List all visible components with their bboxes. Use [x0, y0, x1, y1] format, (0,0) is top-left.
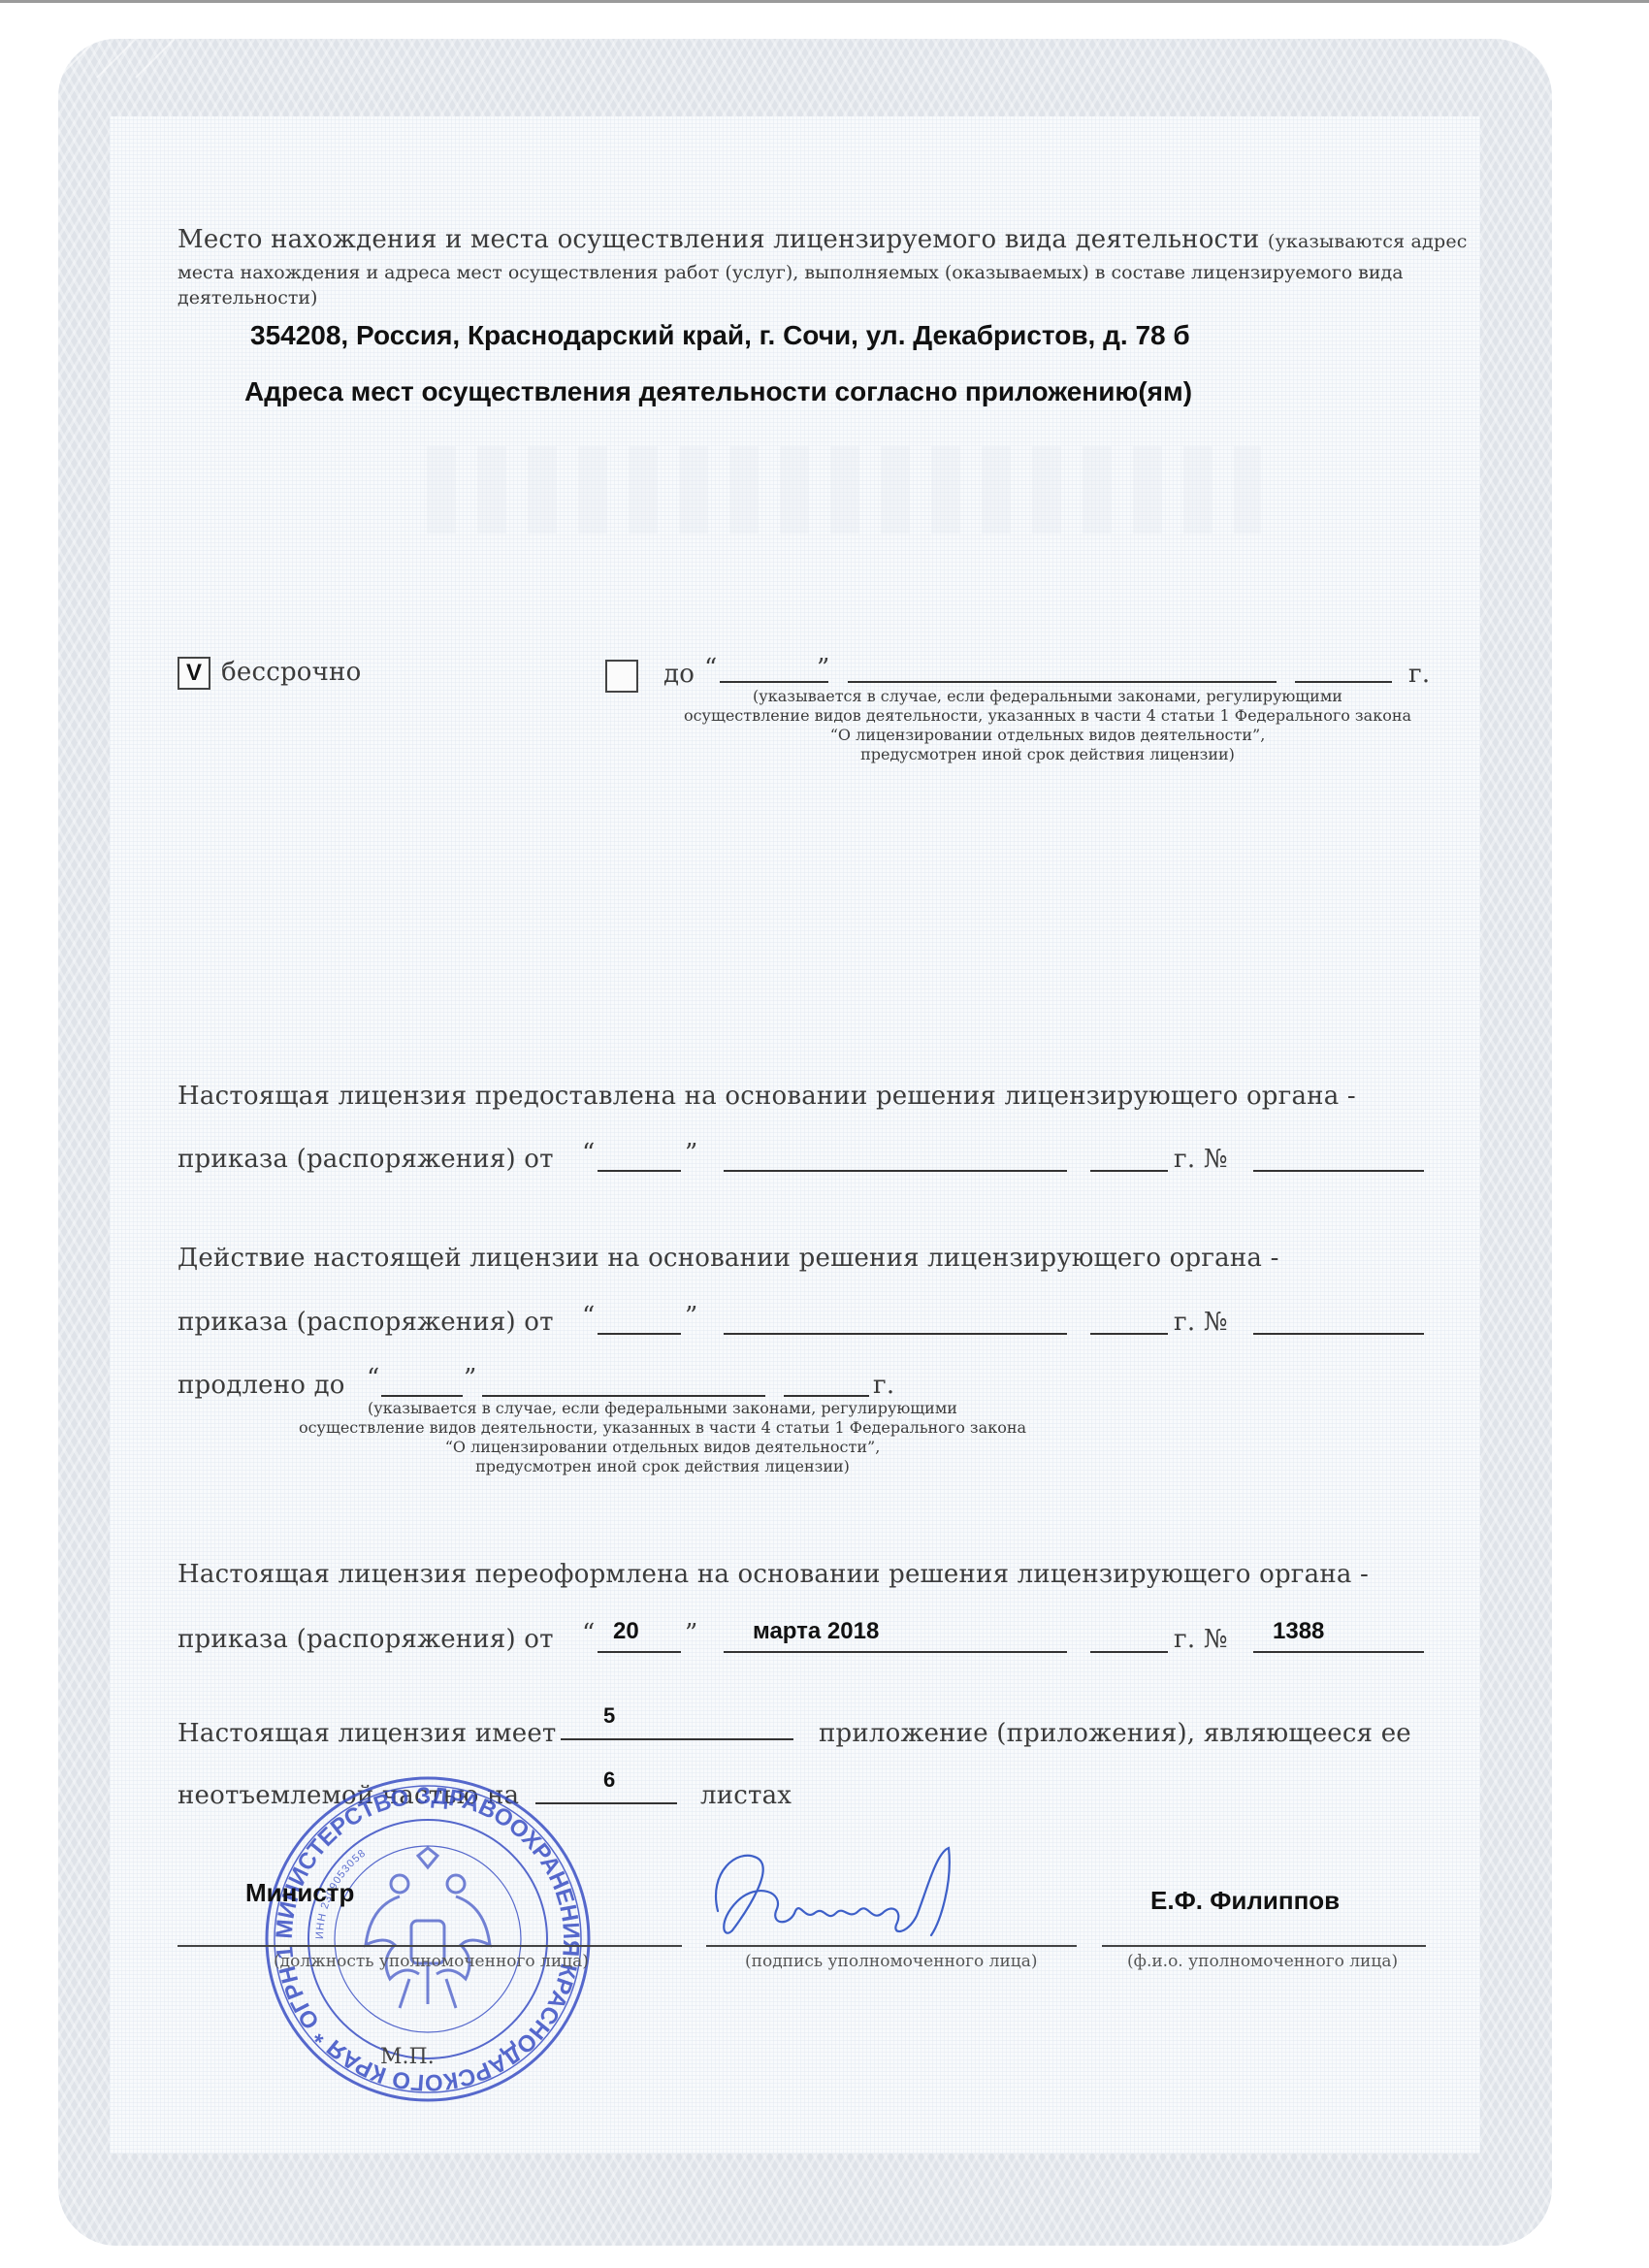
appendix-count-value: 5	[603, 1703, 615, 1729]
location-heading: Место нахождения и места осуществления л…	[178, 225, 1468, 254]
unlimited-checkbox[interactable]: V	[178, 657, 210, 690]
position-value: Министр	[245, 1878, 354, 1908]
reissued-close-quote: ”	[685, 1619, 698, 1648]
extended-number-field[interactable]	[1253, 1333, 1424, 1335]
extended-close-quote: ”	[685, 1302, 698, 1331]
appendix-has-label: Настоящая лицензия имеет	[178, 1719, 556, 1748]
granted-line-1: Настоящая лицензия предоставлена на осно…	[178, 1082, 1356, 1111]
extended-year-no-label: г. №	[1174, 1308, 1228, 1337]
extended-month-field[interactable]	[724, 1333, 1067, 1335]
extended-note-line: осуществление видов деятельности, указан…	[275, 1418, 1051, 1438]
location-heading-line-2: места нахождения и адреса мест осуществл…	[178, 262, 1404, 283]
signature-line	[706, 1945, 1077, 1947]
extended-order-label: приказа (распоряжения) от	[178, 1308, 554, 1337]
eagle-emblem-icon	[366, 1848, 490, 2008]
reissued-number-field[interactable]	[1253, 1651, 1424, 1653]
appendix-sheets-value: 6	[603, 1767, 615, 1793]
until-checkbox[interactable]	[605, 660, 638, 693]
reissued-number-value: 1388	[1273, 1618, 1324, 1645]
reissued-order-label: приказа (распоряжения) от	[178, 1625, 554, 1654]
signatory-name: Е.Ф. Филиппов	[1150, 1886, 1340, 1916]
name-line	[1102, 1945, 1426, 1947]
address: 354208, Россия, Краснодарский край, г. С…	[250, 320, 1190, 351]
appendix-sheets-label: листах	[700, 1781, 792, 1810]
until-close-quote: ”	[817, 654, 830, 683]
granted-year-no-label: г. №	[1174, 1145, 1228, 1174]
term-note: (указывается в случае, если федеральными…	[660, 687, 1436, 764]
extended-until-open-quote: “	[367, 1364, 380, 1393]
granted-open-quote: “	[582, 1139, 596, 1168]
until-day-field[interactable]	[720, 681, 828, 683]
until-month-field[interactable]	[848, 681, 1277, 683]
places-note: Адреса мест осуществления деятельности с…	[244, 376, 1192, 407]
term-note-line: “О лицензировании отдельных видов деятел…	[660, 726, 1436, 745]
extended-note-line: “О лицензировании отдельных видов деятел…	[275, 1438, 1051, 1457]
granted-year-field[interactable]	[1090, 1170, 1168, 1172]
reissued-day-value: 20	[613, 1618, 639, 1645]
unlimited-label: бессрочно	[221, 658, 361, 687]
reissued-month-year-value: марта 2018	[753, 1618, 879, 1645]
term-note-line: (указывается в случае, если федеральными…	[660, 687, 1436, 706]
extended-until-month-field[interactable]	[482, 1395, 765, 1397]
term-note-line: предусмотрен иной срок действия лицензии…	[660, 745, 1436, 764]
extended-year-field[interactable]	[1090, 1333, 1168, 1335]
until-open-quote: “	[704, 654, 718, 683]
reissued-year-field[interactable]	[1090, 1651, 1168, 1653]
location-heading-line-3: деятельности)	[178, 287, 317, 308]
granted-day-field[interactable]	[598, 1170, 681, 1172]
reissued-open-quote: “	[582, 1619, 596, 1648]
reissued-month-field[interactable]	[724, 1651, 1067, 1653]
position-line	[178, 1945, 682, 1947]
extended-until-day-field[interactable]	[381, 1395, 463, 1397]
appendix-count-field[interactable]	[561, 1738, 793, 1740]
scan-edge	[0, 0, 1649, 3]
reissued-year-no-label: г. №	[1174, 1625, 1228, 1654]
extended-note: (указывается в случае, если федеральными…	[275, 1399, 1051, 1476]
reissued-line-1: Настоящая лицензия переоформлена на осно…	[178, 1560, 1369, 1589]
term-note-line: осуществление видов деятельности, указан…	[660, 706, 1436, 726]
granted-order-label: приказа (распоряжения) от	[178, 1145, 554, 1174]
extended-until-close-quote: ”	[464, 1364, 477, 1393]
extended-line-1: Действие настоящей лицензии на основании…	[178, 1244, 1279, 1273]
signature-caption: (подпись уполномоченного лица)	[745, 1952, 1037, 1971]
location-heading-note: (указываются адрес	[1268, 231, 1468, 252]
seal-label: М.П.	[380, 2045, 435, 2069]
granted-close-quote: ”	[685, 1139, 698, 1168]
until-year-suffix: г.	[1408, 660, 1430, 689]
extended-note-line: (указывается в случае, если федеральными…	[275, 1399, 1051, 1418]
granted-number-field[interactable]	[1253, 1170, 1424, 1172]
extended-until-year-suffix: г.	[873, 1371, 894, 1400]
extended-until-label: продлено до	[178, 1371, 345, 1400]
extended-open-quote: “	[582, 1302, 596, 1331]
background-watermark	[427, 446, 1261, 534]
extended-until-year-field[interactable]	[784, 1395, 869, 1397]
extended-day-field[interactable]	[598, 1333, 681, 1335]
position-caption: (должность уполномоченного лица)	[274, 1952, 589, 1971]
granted-month-field[interactable]	[724, 1170, 1067, 1172]
extended-note-line: предусмотрен иной срок действия лицензии…	[275, 1457, 1051, 1476]
reissued-day-field[interactable]	[598, 1651, 681, 1653]
until-label: до	[663, 660, 695, 689]
until-year-field[interactable]	[1295, 681, 1392, 683]
appendix-label: приложение (приложения), являющееся ее	[819, 1719, 1411, 1748]
name-caption: (ф.и.о. уполномоченного лица)	[1127, 1952, 1398, 1971]
location-heading-main: Место нахождения и места осуществления л…	[178, 225, 1259, 254]
handwritten-signature	[698, 1843, 989, 1950]
